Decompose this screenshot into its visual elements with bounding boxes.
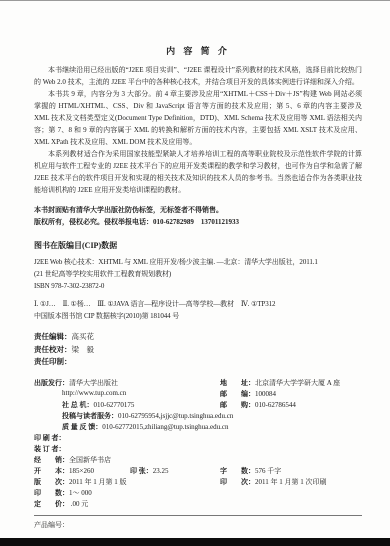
field-value: 北京清华大学学研大厦 A 座 bbox=[255, 379, 340, 387]
colophon-row: 定 价： .00 元 bbox=[34, 499, 362, 510]
field-label: 印 刷 者： bbox=[34, 434, 66, 442]
field-label: 经 销： bbox=[34, 456, 69, 464]
field-value: http://www.tup.com.cn bbox=[62, 389, 126, 397]
colophon-row: 社 总 机：010-62770175邮 购：010-62786544 bbox=[34, 400, 362, 411]
colophon: 出版发行：清华大学出版社地 址：北京清华大学学研大厦 A 座http://www… bbox=[34, 378, 362, 510]
anti-piracy-line-1: 本书封面贴有清华大学出版社防伪标签，无标签者不得销售。 bbox=[34, 204, 362, 216]
field-value: 1～ 000 bbox=[69, 489, 92, 497]
field-value: 010-62795954,jsjjc@tup.tsinghua.edu.cn bbox=[118, 412, 233, 420]
field-label: 开 本： bbox=[34, 467, 69, 475]
field-label: 装 订 者： bbox=[34, 445, 66, 453]
field-label: 质 量 反 馈： bbox=[62, 423, 102, 431]
field: 装 订 者： bbox=[34, 444, 66, 454]
cip-book-line: J2EE Web 核心技术：XHTML 与 XML 应用开发/杨少波主编. —北… bbox=[34, 256, 362, 268]
field-label: 印 次： bbox=[220, 478, 255, 486]
book-copyright-page: 内 容 简 介 本书继续沿用已经出版的“J2EE 项目实训”、“J2EE 课程设… bbox=[0, 0, 390, 546]
field: 责任校对：梁 毅 bbox=[34, 344, 94, 355]
anti-piracy-line-2: 版权所有，侵权必究。侵权举报电话：010-62782989 1370112193… bbox=[34, 216, 362, 228]
cip-heading: 图书在版编目(CIP)数据 bbox=[34, 240, 362, 251]
field-label: 印 数： bbox=[34, 489, 69, 497]
field-value: 100084 bbox=[255, 390, 276, 398]
field-label: 责任编辑： bbox=[34, 332, 72, 341]
field-label: 字 数： bbox=[220, 467, 255, 475]
field: 邮 购：010-62786544 bbox=[220, 400, 296, 410]
footer-divider-line bbox=[34, 515, 362, 516]
field: 责任印制： bbox=[34, 356, 72, 367]
field: 版 次：2011 年 1 月第 1 版 bbox=[34, 477, 127, 487]
field-label: 邮 购： bbox=[220, 401, 255, 409]
cip-classification-line: Ⅰ. ①J… Ⅱ. ①杨… Ⅲ. ①JAVA 语言—程序设计—高等学校—教材 Ⅳ… bbox=[34, 298, 362, 310]
field-value: 185×260 bbox=[69, 467, 94, 475]
field-value: 清华大学出版社 bbox=[69, 379, 118, 387]
field-value: 高买花 bbox=[72, 332, 95, 341]
intro-paragraph-3: 本系列教材适合作为采用国家技能型紧缺人才培养培训工程的高等职业院校及示范性软件学… bbox=[34, 148, 362, 196]
cip-isbn-line: ISBN 978-7-302-23872-0 bbox=[34, 280, 362, 292]
anti-piracy-notice: 本书封面贴有清华大学出版社防伪标签，无标签者不得销售。 版权所有，侵权必究。侵权… bbox=[34, 204, 362, 228]
staff-credits: 责任编辑：高买花责任校对：梁 毅责任印制： bbox=[34, 331, 362, 369]
field-value: 全国新华书店 bbox=[69, 456, 111, 464]
intro-paragraph-1: 本书继续沿用已经出版的“J2EE 项目实训”、“J2EE 课程设计”系列教材的技… bbox=[34, 64, 362, 88]
field-value: 010-62786544 bbox=[255, 401, 296, 409]
colophon-row: 经 销：全国新华书店 bbox=[34, 455, 362, 466]
field: 质 量 反 馈：010-62772015,zhiliang@tup.tsingh… bbox=[62, 422, 228, 432]
field-value: .00 元 bbox=[69, 500, 88, 508]
field-value: 576 千字 bbox=[255, 467, 281, 475]
field-label: 定 价： bbox=[34, 500, 69, 508]
page-content: 内 容 简 介 本书继续沿用已经出版的“J2EE 项目实训”、“J2EE 课程设… bbox=[34, 44, 362, 530]
colophon-row: 版 次：2011 年 1 月第 1 版印 次：2011 年 1 月第 1 次印刷 bbox=[34, 477, 362, 488]
field-label: 投稿与读者服务： bbox=[62, 412, 118, 420]
field: 印 张：23.25 bbox=[130, 466, 169, 476]
field-label: 印 张： bbox=[130, 467, 153, 475]
field-label: 地 址： bbox=[220, 379, 255, 387]
field: 印 数：1～ 000 bbox=[34, 488, 92, 498]
field-label: 出版发行： bbox=[34, 379, 69, 387]
field: 社 总 机：010-62770175 bbox=[62, 400, 134, 410]
field-value: 梁 毅 bbox=[72, 345, 95, 354]
field: 投稿与读者服务：010-62795954,jsjjc@tup.tsinghua.… bbox=[62, 411, 233, 421]
page-top-edge-line bbox=[0, 0, 390, 1]
field-label: 责任校对： bbox=[34, 345, 72, 354]
staff-row: 责任印制： bbox=[34, 356, 362, 369]
field: 定 价： .00 元 bbox=[34, 499, 88, 509]
field-label: 邮 编： bbox=[220, 390, 255, 398]
page-bottom-black-bar bbox=[0, 538, 390, 546]
product-number-label: 产品编号： bbox=[34, 520, 362, 530]
colophon-row: 开 本：185×260印 张：23.25字 数：576 千字 bbox=[34, 466, 362, 477]
colophon-row: 印 数：1～ 000 bbox=[34, 488, 362, 499]
field-label: 社 总 机： bbox=[62, 401, 94, 409]
field: http://www.tup.com.cn bbox=[62, 389, 126, 397]
field: 印 次：2011 年 1 月第 1 次印刷 bbox=[220, 477, 327, 487]
section-title: 内 容 简 介 bbox=[34, 44, 362, 57]
colophon-row: 投稿与读者服务：010-62795954,jsjjc@tup.tsinghua.… bbox=[34, 411, 362, 422]
field: 出版发行：清华大学出版社 bbox=[34, 378, 118, 388]
field-value: 2011 年 1 月第 1 版 bbox=[69, 478, 127, 486]
field-value: 23.25 bbox=[153, 467, 169, 475]
cip-record: J2EE Web 核心技术：XHTML 与 XML 应用开发/杨少波主编. —北… bbox=[34, 256, 362, 322]
intro-paragraph-2: 本书共 9 章，内容分为 3 大部分。前 4 章主要涉及应用“XHTML＋CSS… bbox=[34, 88, 362, 148]
staff-row: 责任编辑：高买花 bbox=[34, 331, 362, 344]
field-value: 010-62770175 bbox=[94, 401, 135, 409]
field-label: 版 次： bbox=[34, 478, 69, 486]
field: 地 址：北京清华大学学研大厦 A 座 bbox=[220, 378, 340, 388]
field: 责任编辑：高买花 bbox=[34, 331, 94, 342]
field: 经 销：全国新华书店 bbox=[34, 455, 111, 465]
field-value: 2011 年 1 月第 1 次印刷 bbox=[255, 478, 327, 486]
colophon-row: 质 量 反 馈：010-62772015,zhiliang@tup.tsingh… bbox=[34, 422, 362, 433]
field-label: 责任印制： bbox=[34, 357, 72, 366]
colophon-row: http://www.tup.com.cn邮 编：100084 bbox=[34, 389, 362, 400]
field: 邮 编：100084 bbox=[220, 389, 276, 399]
field-value: 010-62772015,zhiliang@tup.tsinghua.edu.c… bbox=[102, 423, 228, 431]
field: 印 刷 者： bbox=[34, 433, 66, 443]
cip-series-line: (21 世纪高等学校实用软件工程教育规划教材) bbox=[34, 268, 362, 280]
colophon-row: 印 刷 者： bbox=[34, 433, 362, 444]
field: 开 本：185×260 bbox=[34, 466, 94, 476]
colophon-row: 装 订 者： bbox=[34, 444, 362, 455]
colophon-row: 出版发行：清华大学出版社地 址：北京清华大学学研大厦 A 座 bbox=[34, 378, 362, 389]
cip-registry-line: 中国版本图书馆 CIP 数据核字(2010)第 181044 号 bbox=[34, 310, 362, 322]
staff-row: 责任校对：梁 毅 bbox=[34, 344, 362, 357]
field: 字 数：576 千字 bbox=[220, 466, 281, 476]
